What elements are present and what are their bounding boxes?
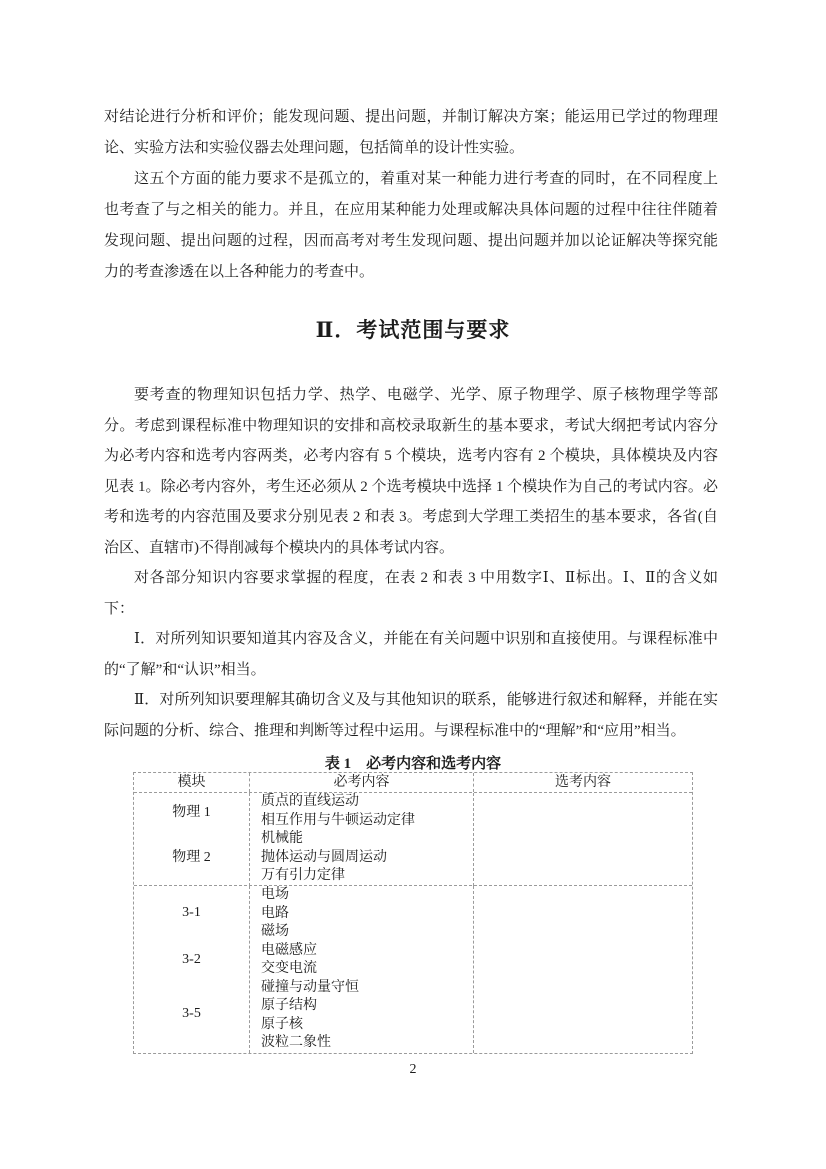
module-cell-physics: 物理 1 物理 2 (134, 793, 249, 886)
content-line: 波粒二象性 (261, 1034, 473, 1053)
content-line: 质点的直线运动 (261, 793, 473, 812)
paragraph-conclusion-analysis: 对结论进行分析和评价；能发现问题、提出问题，并制订解决方案；能运用已学过的物理理… (104, 102, 718, 164)
intro-text-block: 对结论进行分析和评价；能发现问题、提出问题，并制订解决方案；能运用已学过的物理理… (104, 102, 718, 288)
module-label-3-1: 3-1 (134, 904, 249, 923)
content-line: 相互作用与牛顿运动定律 (261, 812, 473, 831)
required-content-cell-electives: 电场 电路 磁场 电磁感应 交变电流 碰撞与动量守恒 原子结构 原子核 波粒二象… (249, 886, 473, 1053)
paragraph-knowledge-scope: 要考查的物理知识包括力学、热学、电磁学、光学、原子物理学、原子核物理学等部分。考… (104, 380, 718, 563)
content-line: 电路 (261, 905, 473, 924)
paragraph-level-2-definition: Ⅱ．对所列知识要理解其确切含义及与其他知识的联系，能够进行叙述和解释，并能在实际… (104, 685, 718, 746)
module-label-physics-2: 物理 2 (134, 849, 249, 868)
module-label-3-2: 3-2 (134, 951, 249, 970)
required-content-cell-physics: 质点的直线运动 相互作用与牛顿运动定律 机械能 抛体运动与圆周运动 万有引力定律 (249, 793, 473, 886)
content-line: 万有引力定律 (261, 867, 473, 886)
content-line: 电磁感应 (261, 942, 473, 961)
content-line: 磁场 (261, 923, 473, 942)
module-label-physics-1: 物理 1 (134, 804, 249, 823)
content-line: 机械能 (261, 830, 473, 849)
header-optional-content: 选考内容 (473, 773, 692, 792)
content-line: 抛体运动与圆周运动 (261, 849, 473, 868)
optional-content-cell-physics (473, 793, 692, 886)
section-heading: Ⅱ．考试范围与要求 (0, 314, 826, 344)
table1-caption: 表 1 必考内容和选考内容 (0, 752, 826, 773)
paragraph-mastery-levels: 对各部分知识内容要求掌握的程度，在表 2 和表 3 中用数字Ⅰ、Ⅱ标出。Ⅰ、Ⅱ的… (104, 563, 718, 624)
content-line: 原子核 (261, 1016, 473, 1035)
optional-content-cell-electives (473, 886, 692, 1053)
table1: 模块 必考内容 选考内容 物理 1 物理 2 质点的直线运动 相互作用与牛顿运动… (133, 772, 693, 1054)
document-page: 对结论进行分析和评价；能发现问题、提出问题，并制订解决方案；能运用已学过的物理理… (0, 0, 826, 1169)
content-line: 原子结构 (261, 997, 473, 1016)
module-cell-electives: 3-1 3-2 3-5 (134, 886, 249, 1053)
table1-header-row: 模块 必考内容 选考内容 (134, 773, 692, 793)
content-line: 电场 (261, 886, 473, 905)
header-module: 模块 (134, 773, 249, 792)
content-line: 交变电流 (261, 960, 473, 979)
paragraph-level-1-definition: Ⅰ．对所列知识要知道其内容及含义，并能在有关问题中识别和直接使用。与课程标准中的… (104, 624, 718, 685)
table1-group-electives: 3-1 3-2 3-5 电场 电路 磁场 电磁感应 交变电流 碰撞与动量守恒 原… (134, 886, 692, 1053)
header-required-content: 必考内容 (249, 773, 473, 792)
section-text-block: 要考查的物理知识包括力学、热学、电磁学、光学、原子物理学、原子核物理学等部分。考… (104, 380, 718, 746)
content-line: 碰撞与动量守恒 (261, 979, 473, 998)
table1-group-physics: 物理 1 物理 2 质点的直线运动 相互作用与牛顿运动定律 机械能 抛体运动与圆… (134, 793, 692, 886)
paragraph-five-abilities: 这五个方面的能力要求不是孤立的，着重对某一种能力进行考查的同时，在不同程度上也考… (104, 164, 718, 288)
page-number: 2 (0, 1062, 826, 1078)
module-label-3-5: 3-5 (134, 1005, 249, 1024)
